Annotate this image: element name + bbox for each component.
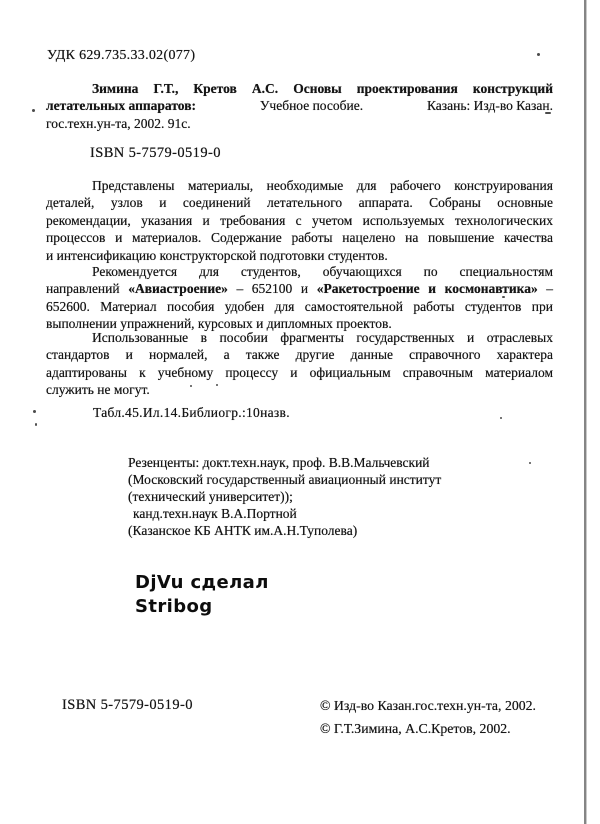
reviewer-line: канд.техн.наук В.А.Портной bbox=[128, 505, 473, 522]
specialty-aviation: «Авиастроение» bbox=[128, 281, 228, 296]
disclaimer-line: стандартов и нормалей, а также другие да… bbox=[46, 346, 553, 363]
specialty-rocketry: «Ракетостроение и космонавтика» bbox=[317, 281, 538, 296]
citation-block: Зимина Г.Т., Кретов А.С. Основы проектир… bbox=[46, 80, 553, 132]
copyright-publisher: © Изд-во Казан.гос.техн.ун-та, 2002. bbox=[320, 695, 560, 718]
scan-speck bbox=[500, 417, 502, 419]
scan-speck bbox=[529, 462, 531, 464]
citation-subtitle: Учебное пособие. bbox=[260, 97, 363, 114]
djvu-credit-line-2: Stribog bbox=[135, 595, 269, 619]
stats-line: Табл.45.Ил.14.Библиогр.:10назв. bbox=[93, 405, 290, 421]
scan-edge-line bbox=[584, 0, 587, 824]
abstract-line: и интенсификацию конструкторской подгото… bbox=[46, 247, 553, 264]
disclaimer-line: служить не могут. bbox=[46, 381, 553, 398]
disclaimer-line: адаптированы к учебному процессу и офици… bbox=[46, 364, 553, 381]
citation-line-1: Зимина Г.Т., Кретов А.С. Основы проектир… bbox=[46, 80, 553, 97]
abstract-line: Представлены материалы, необходимые для … bbox=[46, 177, 553, 194]
scan-speck bbox=[190, 385, 192, 387]
citation-publisher: Казань: Изд-во Казан. bbox=[427, 97, 553, 114]
scan-speck bbox=[502, 296, 505, 298]
djvu-credit: DjVu сделал Stribog bbox=[135, 571, 269, 619]
isbn-top: ISBN 5-7579-0519-0 bbox=[90, 145, 221, 162]
reviewer-line: (технический университет)); bbox=[128, 488, 473, 505]
scan-content: УДК 629.735.33.02(077) Зимина Г.Т., Крет… bbox=[0, 0, 600, 824]
disclaimer-line: Использованные в пособии фрагменты госуд… bbox=[46, 329, 553, 346]
abstract-line: процессов и материалов. Содержание работ… bbox=[46, 229, 553, 246]
udc-number: УДК 629.735.33.02(077) bbox=[47, 48, 195, 64]
citation-title-end: летательных аппаратов: bbox=[46, 97, 196, 114]
recommendation-segment: – 652100 и bbox=[236, 281, 308, 296]
recommendation-segment: – bbox=[546, 281, 553, 296]
footer-isbn: ISBN 5-7579-0519-0 bbox=[62, 697, 193, 714]
citation-line-2: летательных аппаратов: Учебное пособие. … bbox=[46, 97, 553, 114]
reviewer-line: (Московский государственный авиационный … bbox=[128, 471, 473, 488]
scanned-book-page: УДК 629.735.33.02(077) Зимина Г.Т., Крет… bbox=[0, 0, 600, 824]
djvu-credit-line-1: DjVu сделал bbox=[135, 571, 269, 595]
copyright-block: © Изд-во Казан.гос.техн.ун-та, 2002. © Г… bbox=[320, 695, 560, 740]
abstract-paragraph: Представлены материалы, необходимые для … bbox=[46, 177, 553, 264]
scan-speck bbox=[32, 109, 35, 112]
reviewer-line: Резенценты: докт.техн.наук, проф. В.В.Ма… bbox=[128, 454, 473, 471]
abstract-line: рекомендации, указания и требования с уч… bbox=[46, 212, 553, 229]
scan-speck bbox=[33, 410, 36, 413]
citation-line-3: гос.техн.ун-та, 2002. 91с. bbox=[46, 115, 553, 132]
recommendation-line: Рекомендуется для студентов, обучающихся… bbox=[46, 263, 553, 280]
recommendation-line: 652600. Материал пособия удобен для само… bbox=[46, 298, 553, 315]
recommendation-paragraph: Рекомендуется для студентов, обучающихся… bbox=[46, 263, 553, 333]
recommendation-line: направлений «Авиастроение» – 652100 и «Р… bbox=[46, 280, 553, 297]
scan-speck bbox=[537, 53, 540, 56]
scan-speck bbox=[545, 112, 551, 114]
disclaimer-paragraph: Использованные в пособии фрагменты госуд… bbox=[46, 329, 553, 399]
abstract-line: деталей, узлов и соединений летательного… bbox=[46, 194, 553, 211]
reviewers-block: Резенценты: докт.техн.наук, проф. В.В.Ма… bbox=[128, 454, 473, 539]
reviewer-line: (Казанское КБ АНТК им.А.Н.Туполева) bbox=[128, 522, 473, 539]
copyright-authors: © Г.Т.Зимина, А.С.Кретов, 2002. bbox=[320, 718, 560, 741]
recommendation-segment: направлений bbox=[46, 281, 120, 296]
scan-speck bbox=[216, 384, 218, 386]
scan-speck bbox=[35, 423, 37, 426]
